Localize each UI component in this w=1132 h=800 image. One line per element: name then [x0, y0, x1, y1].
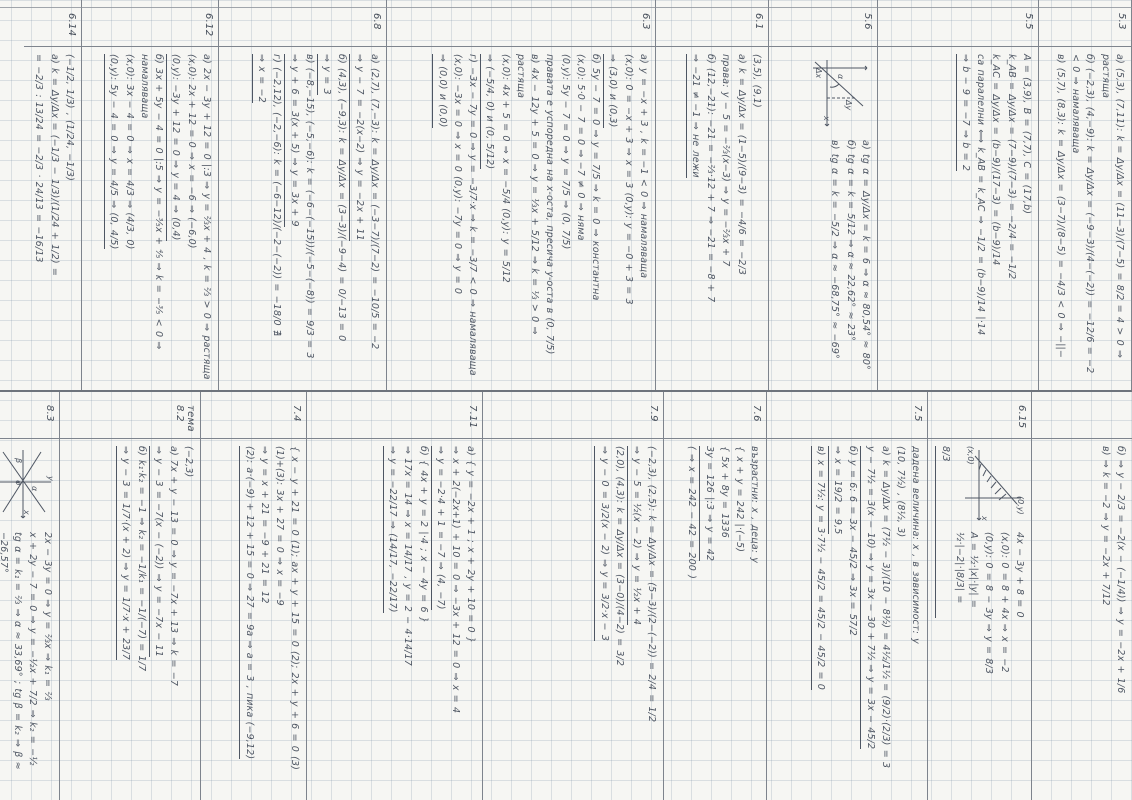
- handwritten-math-line: в) ⇒ k = −2 ⇒ y = −2x + 7/12: [1098, 446, 1112, 792]
- hand-drawn-crossing-sketch-icon: yxαβφ: [0, 446, 54, 524]
- problem-block-6.1: 6.1(3,5), (9,1)а) k = Δy/Δx = (1−5)/(9−3…: [656, 0, 769, 390]
- handwritten-math-line: (0,y): 5y − 7 = 0 ⇒ y = 7/5 ⇒ (0, 7/5): [558, 54, 572, 382]
- problem-number-label: [1032, 392, 1132, 438]
- problem-block-5.5: 5.5A = (3,9), B = (7,7), C = (17,b)k_AB …: [878, 0, 1039, 390]
- handwritten-math-line: б) { 4x + y = 2 |·4 ; x − 4y = 6 }: [416, 446, 430, 792]
- problem-number-label: 6.15: [929, 392, 1032, 438]
- problem-block-6.3: 6.3а) y = −x + 3 , k = −1 < 0 ⇒ намалява…: [387, 0, 656, 390]
- handwritten-math-line: (−2,3), (2,5): k = Δy/Δx = (5−3)/(2−(−2)…: [644, 446, 658, 792]
- problem-number-label: 7.9: [484, 392, 664, 438]
- handwritten-math-line: { 5x + 8y = 1336: [717, 446, 731, 792]
- problem-block-7.9: 7.9(−2,3), (2,5): k = Δy/Δx = (5−3)/(2−(…: [484, 392, 665, 800]
- problem-block-7.5: 7.5дадена величина: x , в зависимост: y(…: [768, 392, 929, 800]
- hand-drawn-axes-angle-sketch-icon: αΔyΔxx: [809, 54, 871, 132]
- problem-number-label: 7.11: [308, 392, 483, 438]
- sketch-label: (0,y): [1016, 496, 1025, 515]
- handwritten-math-line: а) 7x + y − 13 = 0 ⇒ y = −7x + 13 ⇒ k = …: [166, 446, 180, 792]
- handwritten-math-line: а) y = −x + 3 , k = −1 < 0 ⇒ намаляваща: [636, 54, 650, 382]
- handwritten-math-line: ⇒ y = −2·4 + 1 = −7 ⇒ (4, −7): [431, 446, 447, 610]
- page-column-1: 5.3а) (5,3), (7,11): k = Δy/Δx = (11−3)/…: [0, 0, 1132, 390]
- sketch-label: x: [23, 510, 32, 515]
- handwritten-math-line: ⇒ y = x + 21 = −9 + 21 = 12: [257, 446, 271, 792]
- problem-number-label: 7.6: [665, 392, 767, 438]
- handwritten-math-line: ⇒ y = −22/17 ⇒ (14/17, −22/17): [383, 446, 399, 613]
- handwritten-math-line: (−1/2, 1/3) , (1/24, −1/3): [62, 54, 76, 382]
- handwritten-math-line: ⇒ y − 7 = −2(x−2) ⇒ y = −2x + 11: [350, 54, 366, 241]
- sketch-label: y: [47, 476, 56, 481]
- handwritten-math-line: ⇒ y + 6 = 3(x + 5) ⇒ y = 3x + 9: [285, 54, 301, 227]
- problem-block-6.8: 6.8а) (2,7), (7,−3): k = Δy/Δx = (−3−7)/…: [219, 0, 387, 390]
- sketch-label: Δy: [844, 100, 853, 110]
- problem-number-label: 5.5: [878, 0, 1038, 46]
- handwritten-math-line: а) (2,7), (7,−3): k = Δy/Δx = (−3−7)/(7−…: [367, 54, 381, 382]
- handwritten-math-line: б) (−2,3), (4,−9): k = Δy/Δx = (−9−3)/(4…: [1068, 54, 1097, 382]
- problem-worked-solution: дадена величина: x , в зависимост: y(10,…: [768, 438, 928, 800]
- handwritten-math-line: ⇒ x + 2(−2x+1) + 10 = 0 ⇒ −3x + 12 = 0 ⇒…: [448, 446, 462, 792]
- problem-block-7.6: 7.6възрастни: x , деца: y{ x + y = 242 |…: [665, 392, 768, 800]
- sketch-label: Δx: [814, 68, 823, 78]
- handwritten-math-line: права: y − 5 = −⅔(x−3) ⇒ y = −⅔x + 7: [718, 54, 732, 382]
- sketch-label: φ: [15, 480, 24, 485]
- problem-number-label: тема 8.2: [61, 392, 201, 438]
- handwritten-math-line: ⇒ (3,0) и (0,3): [603, 54, 619, 128]
- handwritten-math-line: възрастни: x , деца: y: [747, 446, 761, 792]
- handwritten-math-line: ⇒ y − 0 = 3/2(x − 2) ⇒ y = 3/2·x − 3: [595, 446, 611, 641]
- handwritten-math-line: (x,0): 3x − 4 = 0 ⇒ x = 4/3 ⇒ (4/3, 0): [122, 54, 136, 382]
- handwritten-math-line: ⇒ y = 3: [317, 54, 333, 95]
- handwritten-math-line: а) 2x − 3y + 12 = 0 |:3 ⇒ y = ⅔x + 4 , k…: [199, 54, 213, 382]
- problem-worked-solution: { x − y + 21 = 0 (1); ax + y + 15 = 0 (2…: [202, 438, 307, 800]
- problem-block-7.11: 7.11а) { y = −2x + 1 ; x + 2y + 10 = 0 }…: [308, 392, 484, 800]
- handwritten-math-line: правата е успоредна на x-оста, пресича y…: [542, 54, 556, 382]
- handwritten-math-line: а) { y = −2x + 1 ; x + 2y + 10 = 0 }: [463, 446, 477, 792]
- handwritten-math-line: (3,5), (9,1): [749, 54, 763, 382]
- problem-worked-solution: (−2,3), (2,5): k = Δy/Δx = (5−3)/(2−(−2)…: [484, 438, 664, 800]
- handwritten-math-line: A = (3,9), B = (7,7), C = (17,b): [1019, 54, 1033, 382]
- handwritten-math-line: г) (−2,12), (−2,−6): k = (−6−12)/(−2−(−2…: [269, 54, 283, 382]
- handwritten-math-line: са паралелни ⟺ k_AB = k_AC ⇒ −1/2 = (b−9…: [973, 54, 987, 382]
- problem-worked-solution: (−1/2, 1/3) , (1/24, −1/3)а) k = Δy/Δx =…: [24, 46, 81, 390]
- handwritten-math-line: б) 3x + 5y − 4 = 0 |:5 ⇒ y = −⅗x + ⅘ ⇒ k…: [137, 54, 166, 382]
- handwritten-math-line: (−2,3): [181, 446, 195, 792]
- problem-number-label: 6.3: [387, 0, 655, 46]
- handwritten-math-line: = −2/3 : 13/24 = −2/3 · 24/13 = −16/13: [31, 54, 45, 382]
- handwritten-math-line: а) k = Δy/Δx = (7½ − 3)/(10 − 8½) = 4½/1…: [878, 446, 892, 792]
- problem-block-6.14: 6.14(−1/2, 1/3) , (1/24, −1/3)а) k = Δy/…: [24, 0, 82, 390]
- problem-block-7.4: 7.4{ x − y + 21 = 0 (1); ax + y + 15 = 0…: [202, 392, 308, 800]
- scanned-notebook-page: { "page": { "paper_color": "#f6f6f3", "g…: [0, 0, 1132, 800]
- sketch-label: β: [15, 458, 24, 463]
- problem-number-label: 6.8: [219, 0, 386, 46]
- handwritten-math-line: (2,0), (4,3): k = Δy/Δx = (3−0)/(4−2) = …: [612, 446, 626, 792]
- handwritten-math-line: а) k = Δy/Δx = (1−5)/(9−3) = −4/6 = −2/3: [734, 54, 748, 382]
- handwritten-math-line: (x,0): 5·0 − 7 = 0 ⇒ −7 ≠ 0 ⇒ няма: [573, 54, 587, 382]
- problem-number-label: 5.3: [1039, 0, 1131, 46]
- handwritten-math-line: (x,0): 4x + 5 = 0 ⇒ x = −5/4 (0,y): y = …: [498, 54, 512, 382]
- problem-block: б) ⇒ y − 2/3 = −2(x − (−1/4)) ⇒ y = −2x …: [1032, 392, 1132, 800]
- problem-block-6.12: 6.12а) 2x − 3y + 12 = 0 |:3 ⇒ y = ⅔x + 4…: [82, 0, 219, 390]
- handwritten-math-line: ( ⇒ x = 242 − 42 = 200 ): [684, 446, 698, 792]
- handwritten-math-line: 3y = 126 |:3 ⇒ y = 42: [700, 446, 716, 561]
- handwritten-math-line: в) 4x − 12y + 5 = 0 ⇒ y = ⅓x + 5/12 ⇒ k …: [513, 54, 542, 382]
- problem-worked-solution: (3,5), (9,1)а) k = Δy/Δx = (1−5)/(9−3) =…: [656, 46, 768, 390]
- problem-number-label: 7.4: [202, 392, 307, 438]
- handwritten-math-line: б) y = 6: 6 = 3x − 45/2 ⇒ 3x = 57/2: [845, 446, 859, 792]
- problem-number-label: 6.12: [82, 0, 218, 46]
- handwritten-math-line: (x,0): 0 = −x + 3 ⇒ x = 3 (0,y): y = −0 …: [621, 54, 635, 382]
- handwritten-math-line: ⇒ x = 19/2 = 9,5: [828, 446, 844, 534]
- problem-worked-solution: (x,0)(0,y)x4x − 3y + 8 = 0(x,0): 0 = 8 +…: [929, 438, 1032, 800]
- handwritten-math-line: в) x = 7½: y = 3·7½ − 45/2 = 45/2 − 45/2…: [811, 446, 827, 690]
- handwritten-math-line: а) (5,3), (7,11): k = Δy/Δx = (11−3)/(7−…: [1098, 54, 1127, 382]
- handwritten-math-line: ⇒ y − 3 = −7(x − (−2)) ⇒ y = −7x − 11: [149, 446, 165, 657]
- handwritten-math-line: б) ⇒ y − 2/3 = −2(x − (−1/4)) ⇒ y = −2x …: [1113, 446, 1127, 792]
- handwritten-math-line: ⇒ (0,0) и (0,0): [433, 54, 449, 128]
- problem-worked-solution: а) (2,7), (7,−3): k = Δy/Δx = (−3−7)/(7−…: [219, 46, 386, 390]
- problem-number-label: 7.5: [768, 392, 928, 438]
- handwritten-math-line: (x,0): −3x = 0 ⇒ x = 0 (0,y): −7y = 0 ⇒ …: [450, 54, 464, 382]
- page-column-2: б) ⇒ y − 2/3 = −2(x − (−1/4)) ⇒ y = −2x …: [0, 390, 1132, 800]
- handwritten-math-line: г) −3x − 7y = 0 ⇒ y = −3/7·x ⇒ k = −3/7 …: [465, 54, 479, 382]
- problem-worked-solution: а) y = −x + 3 , k = −1 < 0 ⇒ намаляваща(…: [387, 46, 655, 390]
- handwritten-math-line: (2): a·(−9) + 12 + 15 = 0 ⇒ 27 = 9a ⇒ a …: [240, 446, 256, 759]
- problem-worked-solution: а) (5,3), (7,11): k = Δy/Δx = (11−3)/(7−…: [1039, 46, 1131, 390]
- sketch-label: (x,0): [966, 446, 975, 465]
- problem-number-label: 6.14: [24, 0, 81, 46]
- handwritten-math-line: y − 7½ = 3(x − 10) ⇒ y = 3x − 30 + 7½ ⇒ …: [861, 446, 877, 749]
- problem-worked-solution: yxαβφ2x − 3y = 0 ⇒ y = ⅔x ⇒ k₁ = ⅔x + 2y…: [0, 438, 60, 800]
- problem-number-label: 8.3: [0, 392, 60, 438]
- handwritten-math-line: ⇒ b − 9 = −7 ⇒ b = 2: [956, 54, 972, 171]
- handwritten-math-line: ⇒ y − 5 = ½(x − 2) ⇒ y = ½x + 4: [627, 446, 643, 625]
- handwritten-math-line: ⇒ y − 3 = 1/7·(x + 2) ⇒ y = 1/7·x + 23/7: [116, 446, 132, 660]
- handwritten-math-line: ⇒ (−5/4, 0) и (0, 5/12): [480, 54, 496, 169]
- problem-worked-solution: а) 2x − 3y + 12 = 0 |:3 ⇒ y = ⅔x + 4 , k…: [82, 46, 218, 390]
- notebook-paper: 5.3а) (5,3), (7,11): k = Δy/Δx = (11−3)/…: [0, 0, 1132, 800]
- handwritten-math-line: (0,y): 5y − 4 = 0 ⇒ y = 4/5 ⇒ (0, 4/5): [104, 54, 120, 249]
- problem-worked-solution: възрастни: x , деца: y{ x + y = 242 |·(−…: [665, 438, 767, 800]
- handwritten-math-line: ⇒ x = −2: [252, 54, 268, 103]
- problem-block-5.3: 5.3а) (5,3), (7,11): k = Δy/Δx = (11−3)/…: [1039, 0, 1132, 390]
- hand-drawn-triangle-sketch-icon: (x,0)(0,y)x: [963, 446, 1025, 524]
- handwritten-math-line: в) (5,7), (8,3): k = Δy/Δx = (3−7)/(8−5)…: [1053, 54, 1067, 382]
- sketch-label: α: [31, 486, 40, 491]
- problem-worked-solution: αΔyΔxxа) tg α = Δy/Δx = k = 6 ⇒ α ≈ 80,5…: [769, 46, 877, 390]
- handwritten-math-line: k_AB = Δy/Δx = (7−9)/(7−3) = −2/4 = −1/2: [1004, 54, 1018, 382]
- problem-block-тема-8.2: тема 8.2(−2,3)а) 7x + y − 13 = 0 ⇒ y = −…: [61, 392, 202, 800]
- handwritten-math-line: { x + y = 242 |·(−5): [732, 446, 746, 792]
- problem-worked-solution: а) { y = −2x + 1 ; x + 2y + 10 = 0 }⇒ x …: [308, 438, 483, 800]
- sketch-label: x: [980, 516, 989, 521]
- handwritten-math-line: б) k₁·k₂ = −1 ⇒ k₂ = −1/k₁ = −1/(−7) = 1…: [134, 446, 148, 792]
- handwritten-math-line: а) k = Δy/Δx = (−1/3 − 1/3)/(1/24 + 1/2)…: [47, 54, 61, 382]
- sketch-label: x: [822, 116, 831, 121]
- handwritten-math-line: ⇒ −21 ≠ −1 ⇒ не лежи: [686, 54, 702, 178]
- problem-block-5.6: 5.6αΔyΔxxа) tg α = Δy/Δx = k = 6 ⇒ α ≈ 8…: [769, 0, 878, 390]
- problem-worked-solution: б) ⇒ y − 2/3 = −2(x − (−1/4)) ⇒ y = −2x …: [1032, 438, 1132, 800]
- problem-worked-solution: (−2,3)а) 7x + y − 13 = 0 ⇒ y = −7x + 13 …: [61, 438, 201, 800]
- handwritten-math-line: (1)+(3): 3x + 27 = 0 ⇒ x = −9: [272, 446, 286, 792]
- problem-number-label: 5.6: [769, 0, 877, 46]
- problem-worked-solution: A = (3,9), B = (7,7), C = (17,b)k_AB = Δ…: [878, 46, 1038, 390]
- handwritten-math-line: дадена величина: x , в зависимост: y: [908, 446, 922, 792]
- problem-block-8.3: 8.3yxαβφ2x − 3y = 0 ⇒ y = ⅔x ⇒ k₁ = ⅔x +…: [0, 392, 61, 800]
- handwritten-math-line: б) 5y − 7 = 0 ⇒ y = 7/5 ⇒ k = 0 ⇒ конста…: [588, 54, 602, 382]
- handwritten-math-line: б) (12,−21): −21 = −⅔·12 + 7 ⇒ −21 = −8 …: [703, 54, 717, 382]
- handwritten-math-line: (10, 7½) , (8½, 3): [893, 446, 907, 792]
- handwritten-math-line: { x − y + 21 = 0 (1); ax + y + 15 = 0 (2…: [287, 446, 301, 792]
- handwritten-math-line: (x,0): 2x + 12 = 0 ⇒ x = −6 ⇒ (−6,0): [184, 54, 198, 382]
- handwritten-math-line: k_AC = Δy/Δx = (b−9)/(17−3) = (b−9)/14: [988, 54, 1002, 382]
- handwritten-math-line: б) (4,3), (−9,3): k = Δy/Δx = (3−3)/(−9−…: [334, 54, 348, 382]
- problem-number-label: 6.1: [656, 0, 768, 46]
- handwritten-math-line: (0,y): −3y + 12 = 0 ⇒ y = 4 ⇒ (0,4): [166, 54, 182, 241]
- problem-block-6.15: 6.15(x,0)(0,y)x4x − 3y + 8 = 0(x,0): 0 =…: [929, 392, 1033, 800]
- handwritten-math-line: ⇒ 17x = 14 ⇒ x = 14/17 , y = 2 − 4·14/17: [400, 446, 414, 792]
- sketch-label: α: [836, 74, 845, 79]
- handwritten-math-line: в) (−8,−15), (−5,−6): k = (−6−(−15))/(−5…: [302, 54, 316, 382]
